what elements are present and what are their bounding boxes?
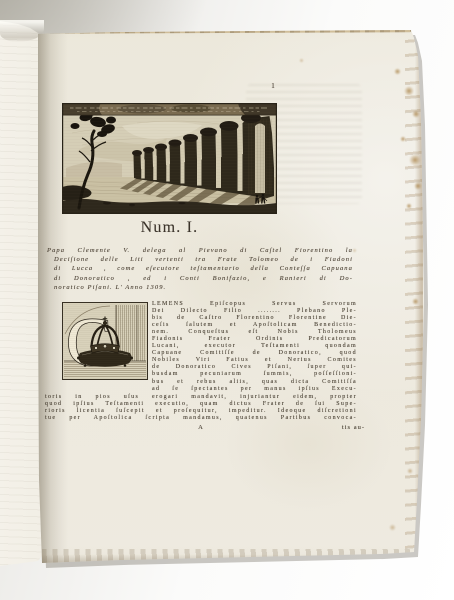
summary-line: Papa Clemente V. delega al Pievano di Ca… [47,246,353,255]
page-top-edge [39,29,411,33]
summary-line: di Donoratico , ed i Conti Bonifazio, e … [47,274,353,283]
body-line: tue per Apoſtolica ſcripta mandamus, qua… [45,415,357,422]
book-photograph: 1 [0,0,454,600]
body-line: toris in pios uſus erogari mandavit, inj… [45,394,357,401]
body-line: LEMENS Epiſcopus Servus Servorum [152,301,357,308]
foxing-spot [299,58,304,63]
foxing-spot [412,110,420,118]
book-page: 1 [0,0,454,600]
foxing-spot [400,136,406,142]
etching-texture [62,103,277,214]
body-text-column: LEMENS Epiſcopus Servus Servorum Dei Dil… [152,301,357,393]
summary-paragraph: Papa Clemente V. delega al Pievano di Ca… [47,246,353,292]
body-line: busdam pecuniarum ſummis, poſſeſſioni- [152,371,357,378]
foxing-spot [404,86,414,96]
section-heading: Num. I. [62,219,277,237]
foxing-spot [406,203,412,209]
summary-line: di Lucca , come eſecutore teſtamentario … [47,264,353,273]
foxing-spot [389,524,396,531]
page-number: 1 [262,82,284,90]
summary-line: Deciſione delle Liti vertenti tra Frate … [47,255,353,264]
foxing-spot [414,182,422,190]
foxing-spot [412,298,419,305]
body-line: ad ſe ſpectantes per manus ipſius Execu- [152,386,357,393]
summary-line: noratico Piſani. L' Anno 1309. [47,283,353,292]
foxing-spot [409,154,421,166]
foxing-spot [407,468,413,474]
signature-mark: A [198,424,204,431]
body-text-full-width: toris in pios uſus erogari mandavit, inj… [45,394,357,422]
historiated-initial-C: C [62,302,148,380]
signature-line: A tis au- [45,424,357,434]
catchword: tis au- [342,424,365,431]
foxing-spot [394,68,401,75]
aqueduct-ruins-etching [62,103,277,214]
body-line: bus et rebus aliis, quas dicta Comitiſſa [152,379,357,386]
